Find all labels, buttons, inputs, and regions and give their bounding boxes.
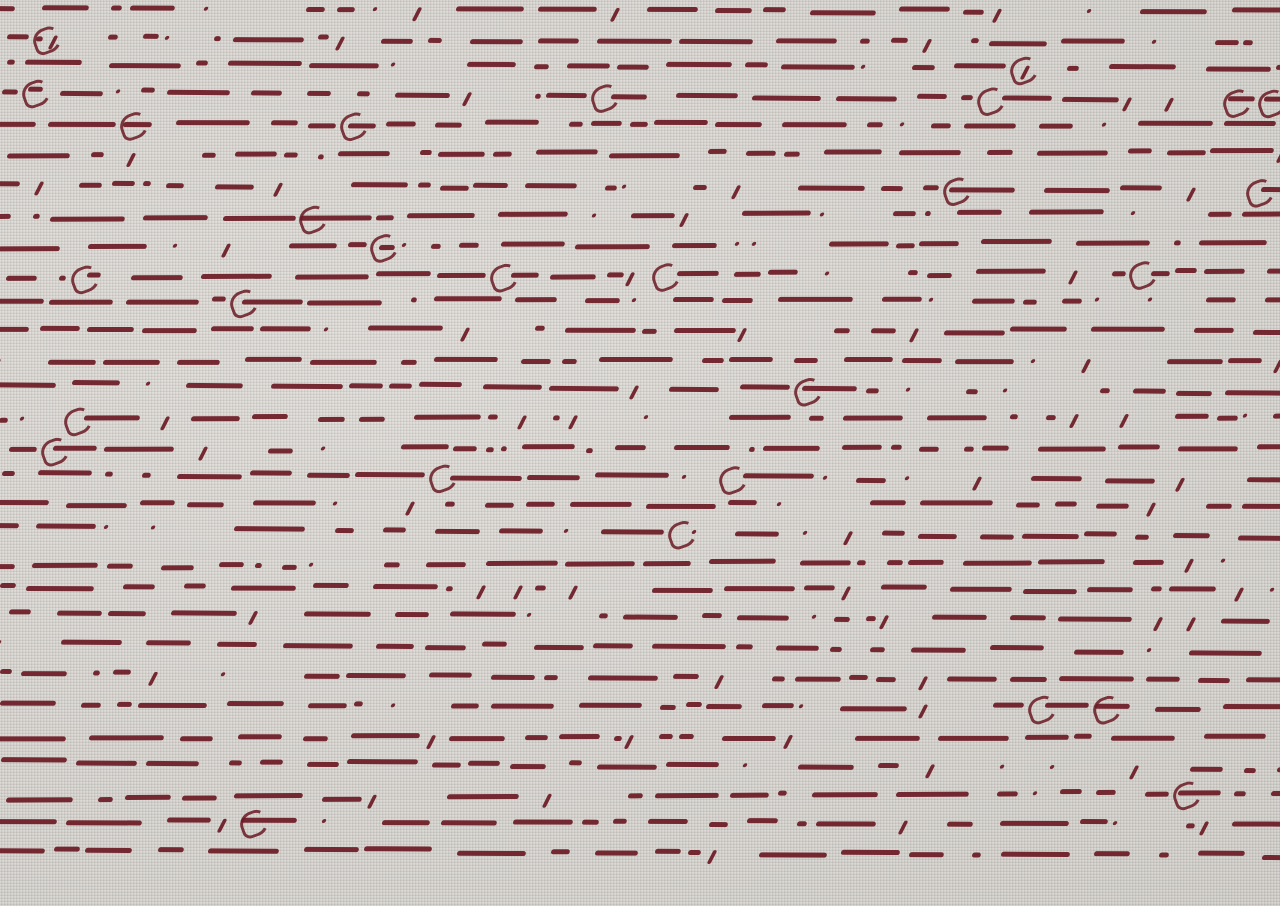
ink-stroke — [1139, 9, 1208, 14]
ink-stroke — [761, 445, 820, 450]
ink-stroke — [578, 703, 644, 708]
script-line — [0, 239, 1280, 258]
ink-stroke — [159, 416, 170, 430]
ink-stroke — [533, 645, 585, 650]
ink-stroke — [1146, 503, 1157, 517]
ink-stroke — [1184, 823, 1195, 828]
ink-stroke — [1198, 821, 1209, 835]
flourish-mark — [67, 262, 102, 296]
ink-stroke — [567, 121, 583, 126]
ink-stroke — [568, 761, 583, 766]
ink-stroke — [971, 476, 982, 490]
ink-stroke — [221, 672, 227, 676]
ink-stroke — [919, 501, 994, 506]
ink-stroke — [621, 184, 627, 188]
ink-stroke — [548, 386, 620, 392]
ink-stroke — [1118, 185, 1162, 190]
ink-stroke — [803, 584, 836, 589]
ink-stroke — [701, 357, 726, 362]
ink-stroke — [1073, 650, 1125, 655]
ink-stroke — [937, 736, 1010, 741]
ink-stroke — [537, 6, 598, 11]
ink-stroke — [866, 122, 885, 127]
ink-stroke — [358, 417, 386, 422]
ink-stroke — [372, 7, 378, 11]
ink-stroke — [829, 647, 843, 652]
ink-stroke — [103, 446, 175, 451]
ink-stroke — [512, 585, 523, 599]
ink-stroke — [1058, 676, 1135, 681]
ink-stroke — [548, 274, 597, 279]
ink-stroke — [316, 154, 325, 159]
ink-stroke — [258, 760, 284, 765]
ink-stroke — [485, 561, 560, 566]
ink-stroke — [1231, 7, 1280, 12]
ink-stroke — [213, 184, 255, 189]
ink-stroke — [1152, 40, 1158, 44]
ink-stroke — [592, 644, 635, 649]
ink-stroke — [240, 300, 304, 305]
ink-stroke — [394, 92, 451, 97]
ink-stroke — [139, 88, 155, 93]
ink-stroke — [203, 7, 209, 11]
ink-stroke — [979, 534, 1016, 539]
ink-stroke — [60, 640, 124, 645]
ink-stroke — [1275, 768, 1280, 773]
ink-stroke — [796, 822, 808, 827]
ink-stroke — [6, 153, 71, 158]
ink-stroke — [901, 358, 943, 363]
ink-stroke — [445, 794, 519, 799]
ink-stroke — [819, 213, 825, 217]
ink-stroke — [1104, 478, 1157, 483]
ink-stroke — [898, 150, 962, 155]
ink-stroke — [587, 675, 659, 680]
ink-stroke — [0, 641, 2, 645]
ink-stroke — [172, 243, 178, 247]
ink-stroke — [103, 525, 109, 529]
ink-stroke — [124, 794, 173, 799]
ink-stroke — [1079, 819, 1109, 824]
ink-stroke — [1242, 414, 1248, 418]
ink-stroke — [848, 675, 869, 680]
ink-stroke — [671, 243, 719, 248]
script-line — [0, 558, 1280, 578]
ink-stroke — [1185, 617, 1196, 631]
ink-stroke — [687, 850, 702, 855]
ink-stroke — [125, 299, 200, 304]
ink-stroke — [1095, 504, 1131, 509]
ink-stroke — [5, 275, 38, 280]
ink-stroke — [534, 326, 546, 331]
ink-stroke — [681, 475, 687, 479]
ink-stroke — [0, 500, 50, 505]
ink-stroke — [222, 217, 297, 222]
ink-stroke — [742, 473, 815, 478]
ink-stroke — [797, 765, 855, 770]
ink-stroke — [475, 585, 486, 599]
ink-stroke — [917, 705, 928, 719]
ink-stroke — [948, 187, 1017, 192]
ink-stroke — [336, 7, 356, 12]
ink-stroke — [734, 531, 781, 536]
ink-stroke — [930, 615, 987, 620]
ink-stroke — [560, 359, 577, 364]
ink-stroke — [302, 736, 329, 741]
ink-stroke — [487, 414, 499, 419]
ink-stroke — [1150, 271, 1171, 276]
ink-stroke — [466, 62, 517, 67]
ink-stroke — [37, 469, 93, 474]
ink-stroke — [610, 94, 648, 99]
ink-stroke — [1049, 765, 1055, 769]
ink-stroke — [564, 328, 637, 333]
ink-stroke — [24, 59, 84, 64]
ink-stroke — [1270, 790, 1280, 795]
ink-stroke — [591, 214, 597, 218]
ink-stroke — [139, 500, 176, 505]
script-line — [0, 671, 1280, 693]
ink-stroke — [0, 848, 46, 853]
ink-stroke — [321, 819, 327, 823]
ink-stroke — [489, 674, 535, 679]
ink-stroke — [5, 797, 74, 802]
ink-stroke — [1261, 854, 1280, 859]
ink-stroke — [197, 446, 208, 460]
ink-stroke — [596, 765, 658, 770]
ink-stroke — [751, 96, 823, 102]
ink-stroke — [1083, 532, 1119, 537]
ink-stroke — [0, 418, 9, 423]
ink-stroke — [625, 272, 636, 286]
ink-stroke — [1209, 147, 1276, 152]
ink-stroke — [308, 562, 314, 566]
ink-stroke — [928, 298, 934, 302]
ink-stroke — [150, 526, 156, 530]
ink-stroke — [675, 93, 739, 98]
ink-stroke — [210, 326, 255, 331]
ink-stroke — [1037, 559, 1106, 564]
ink-stroke — [1154, 707, 1202, 712]
ink-stroke — [0, 382, 57, 387]
ink-stroke — [1150, 586, 1164, 591]
ink-stroke — [969, 38, 980, 43]
ink-stroke — [165, 90, 231, 95]
ink-stroke — [458, 243, 480, 248]
ink-stroke — [456, 850, 528, 855]
ink-stroke — [545, 93, 588, 98]
ink-stroke — [0, 298, 45, 303]
ink-stroke — [137, 704, 208, 709]
ink-stroke — [59, 90, 105, 95]
ink-stroke — [388, 383, 413, 388]
ink-stroke — [824, 271, 830, 275]
ink-stroke — [270, 384, 344, 390]
ink-stroke — [734, 242, 740, 246]
flourish-mark — [1242, 176, 1277, 210]
ink-stroke — [1061, 96, 1120, 101]
ink-stroke — [1264, 298, 1280, 303]
ink-stroke — [647, 818, 689, 823]
ink-stroke — [65, 503, 129, 508]
ink-stroke — [1276, 149, 1280, 163]
ink-stroke — [144, 640, 192, 645]
script-line — [0, 759, 1280, 781]
ink-stroke — [1066, 65, 1081, 70]
ink-stroke — [729, 792, 770, 797]
flourish-mark — [1255, 86, 1280, 120]
ink-stroke — [148, 672, 159, 686]
ink-stroke — [672, 445, 731, 450]
ink-stroke — [985, 150, 1014, 155]
ink-stroke — [1002, 388, 1008, 392]
ink-stroke — [1158, 852, 1170, 857]
ink-stroke — [593, 850, 639, 855]
ink-stroke — [1274, 65, 1280, 70]
ink-stroke — [332, 502, 338, 506]
ink-stroke — [230, 585, 297, 590]
flourish-mark — [1025, 693, 1060, 727]
ink-stroke — [721, 298, 754, 303]
ink-stroke — [678, 213, 689, 227]
ink-stroke — [840, 444, 882, 449]
ink-stroke — [195, 60, 209, 65]
ink-stroke — [305, 90, 331, 95]
ink-stroke — [1153, 617, 1164, 631]
ink-stroke — [963, 123, 1017, 128]
ink-stroke — [856, 560, 867, 565]
ink-stroke — [1111, 271, 1127, 276]
ink-stroke — [1147, 297, 1153, 301]
ink-stroke — [472, 182, 510, 187]
ink-stroke — [1186, 187, 1197, 201]
ink-stroke — [47, 121, 117, 126]
ink-stroke — [108, 63, 183, 68]
flourish-mark — [1219, 86, 1254, 120]
ink-stroke — [574, 244, 651, 249]
ink-stroke — [708, 822, 730, 827]
ink-stroke — [613, 736, 623, 741]
ink-stroke — [1205, 505, 1234, 510]
ink-stroke — [775, 38, 838, 43]
ink-stroke — [281, 564, 298, 569]
ink-stroke — [926, 272, 954, 277]
ink-stroke — [839, 707, 909, 712]
ink-stroke — [1214, 40, 1240, 45]
ink-stroke — [566, 63, 611, 68]
ink-stroke — [306, 300, 383, 305]
ink-stroke — [632, 298, 638, 302]
ink-stroke — [227, 761, 242, 766]
ink-stroke — [375, 271, 432, 276]
ink-stroke — [372, 584, 439, 589]
ink-stroke — [348, 383, 385, 388]
ink-stroke — [886, 560, 905, 565]
ink-stroke — [469, 39, 525, 44]
ink-stroke — [905, 388, 911, 392]
ink-stroke — [833, 617, 851, 622]
ink-stroke — [514, 297, 558, 302]
ink-stroke — [273, 182, 284, 196]
ink-stroke — [604, 186, 619, 191]
ink-stroke — [1, 471, 16, 476]
ink-stroke — [859, 39, 871, 44]
flourish-mark — [716, 463, 751, 497]
ink-stroke — [294, 273, 371, 278]
ink-stroke — [303, 612, 372, 617]
ink-stroke — [383, 562, 401, 567]
ink-stroke — [955, 211, 1003, 216]
ink-stroke — [337, 151, 391, 156]
ink-stroke — [1252, 330, 1280, 335]
ink-stroke — [992, 9, 1003, 23]
ink-stroke — [910, 648, 967, 653]
ink-stroke — [771, 676, 786, 681]
ink-stroke — [568, 585, 579, 599]
script-line — [0, 583, 1280, 601]
ink-stroke — [917, 447, 940, 452]
ink-stroke — [71, 380, 121, 385]
ink-stroke — [946, 676, 998, 681]
ink-stroke — [25, 585, 95, 590]
ink-stroke — [381, 820, 432, 825]
ink-stroke — [525, 502, 556, 507]
ink-stroke — [484, 503, 515, 508]
ink-stroke — [375, 216, 395, 221]
ink-stroke — [1189, 767, 1225, 772]
ink-stroke — [1246, 477, 1280, 482]
ink-stroke — [924, 212, 933, 217]
ink-stroke — [354, 471, 426, 476]
ink-stroke — [166, 817, 213, 822]
ink-stroke — [1175, 391, 1213, 396]
ink-stroke — [122, 122, 153, 127]
ink-stroke — [889, 38, 908, 43]
ink-stroke — [659, 706, 678, 711]
ink-stroke — [1095, 789, 1117, 794]
ink-stroke — [898, 820, 909, 834]
ink-stroke — [801, 386, 859, 391]
ink-stroke — [86, 326, 135, 331]
ink-stroke — [1069, 414, 1080, 428]
ink-stroke — [482, 384, 543, 389]
ink-stroke — [614, 445, 647, 450]
ink-stroke — [1081, 359, 1092, 373]
ink-stroke — [283, 152, 300, 157]
ink-stroke — [1086, 9, 1092, 13]
ink-stroke — [1224, 391, 1280, 397]
ink-stroke — [347, 242, 368, 247]
ink-stroke — [922, 185, 940, 190]
ink-stroke — [1073, 734, 1094, 739]
ink-stroke — [802, 531, 808, 535]
ink-stroke — [433, 296, 503, 301]
ink-stroke — [1173, 268, 1197, 273]
ink-stroke — [672, 297, 716, 302]
ink-stroke — [904, 476, 910, 480]
ink-stroke — [799, 560, 852, 565]
ink-stroke — [206, 848, 279, 853]
ink-stroke — [925, 415, 987, 420]
ink-stroke — [585, 448, 595, 453]
ink-stroke — [288, 243, 338, 248]
ink-stroke — [751, 241, 757, 245]
ink-stroke — [721, 736, 777, 741]
ink-stroke — [930, 123, 952, 128]
ink-stroke — [608, 153, 681, 158]
ink-stroke — [880, 185, 904, 190]
ink-stroke — [737, 327, 748, 341]
ink-stroke — [404, 502, 415, 516]
ink-stroke — [185, 383, 245, 388]
ink-stroke — [439, 820, 497, 825]
ink-stroke — [109, 5, 123, 10]
ink-stroke — [917, 241, 959, 246]
ink-stroke — [1132, 388, 1167, 393]
ink-stroke — [533, 585, 547, 590]
ink-stroke — [0, 326, 30, 331]
ink-stroke — [537, 39, 580, 44]
ink-stroke — [521, 444, 576, 449]
ink-stroke — [33, 181, 44, 195]
ink-stroke — [56, 610, 104, 615]
ink-stroke — [375, 644, 415, 649]
ink-stroke — [303, 847, 361, 852]
ink-stroke — [651, 587, 714, 592]
script-line — [0, 60, 1280, 81]
ink-stroke — [317, 35, 331, 40]
ink-stroke — [1266, 268, 1280, 273]
ink-stroke — [254, 562, 264, 567]
ink-stroke — [780, 65, 857, 70]
ink-stroke — [855, 477, 888, 482]
ink-stroke — [104, 471, 114, 476]
ink-stroke — [0, 819, 58, 824]
ink-stroke — [282, 643, 354, 648]
ink-stroke — [1241, 212, 1280, 217]
ink-stroke — [971, 852, 982, 857]
ink-stroke — [843, 357, 895, 362]
ink-stroke — [444, 502, 456, 507]
ink-stroke — [511, 820, 573, 825]
ink-stroke — [401, 243, 407, 247]
ink-stroke — [1134, 534, 1150, 539]
ink-stroke — [988, 41, 1048, 46]
ink-stroke — [889, 445, 902, 450]
ink-stroke — [558, 734, 601, 739]
ink-stroke — [417, 182, 432, 187]
ink-stroke — [432, 357, 498, 362]
ink-stroke — [406, 213, 476, 218]
ink-stroke — [307, 123, 337, 128]
ink-stroke — [527, 613, 533, 617]
ink-stroke — [1223, 121, 1278, 126]
ink-stroke — [534, 93, 542, 98]
handwriting-fabric — [0, 0, 1280, 906]
ink-stroke — [434, 122, 463, 127]
ink-stroke — [80, 703, 102, 708]
ink-stroke — [869, 647, 886, 652]
ink-stroke — [1216, 416, 1239, 421]
ink-stroke — [0, 758, 68, 763]
ink-stroke — [815, 821, 877, 826]
ink-stroke — [1036, 151, 1109, 156]
ink-stroke — [47, 299, 114, 304]
ink-stroke — [767, 269, 800, 274]
ink-stroke — [394, 612, 431, 617]
ink-stroke — [1057, 616, 1133, 621]
ink-stroke — [524, 735, 549, 740]
